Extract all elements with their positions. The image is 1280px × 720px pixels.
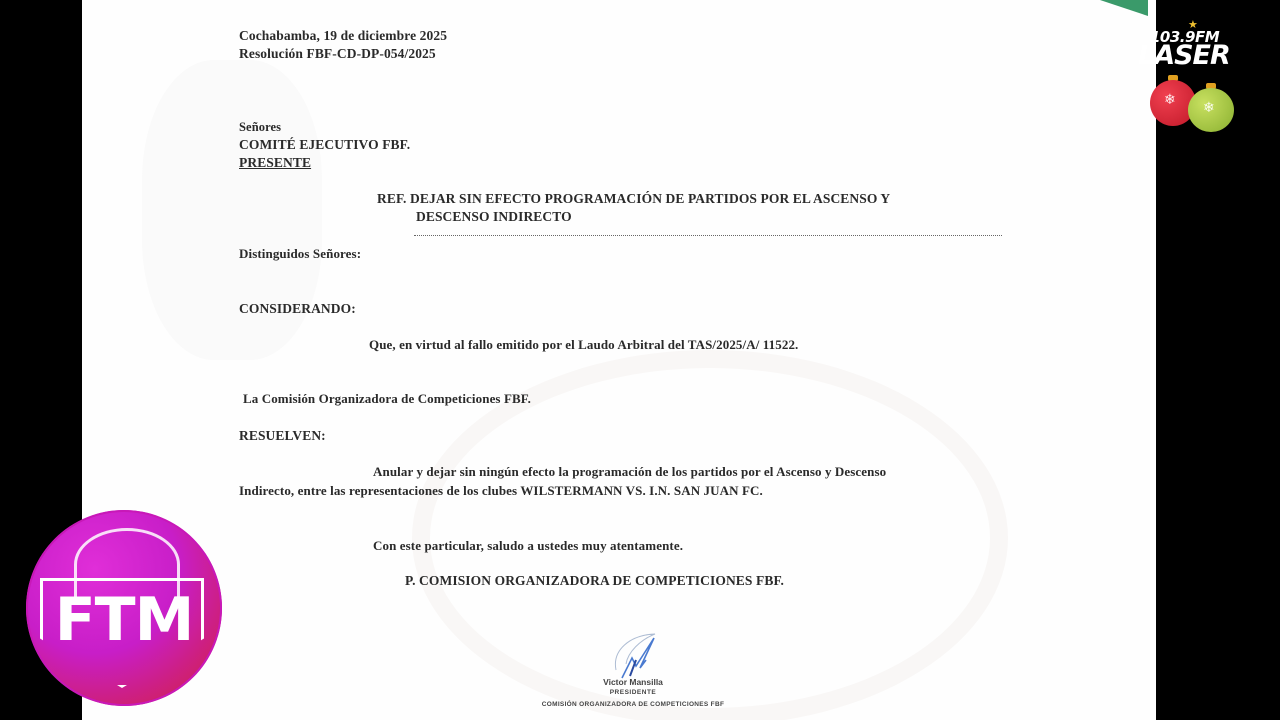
ftm-logo-text: FTM xyxy=(26,580,222,660)
radio-name: LASER xyxy=(1138,40,1230,71)
signer-name: Victor Mansilla xyxy=(598,677,668,687)
presente: PRESENTE xyxy=(239,154,311,172)
commission-line: La Comisión Organizadora de Competicione… xyxy=(243,390,531,408)
ftm-channel-logo: FTM xyxy=(26,510,222,706)
greeting: Distinguidos Señores: xyxy=(239,245,361,263)
reference-line-1: REF. DEJAR SIN EFECTO PROGRAMACIÓN DE PA… xyxy=(377,190,890,208)
snowflake-icon: ❄ xyxy=(1203,100,1215,117)
reference-line-2: DESCENSO INDIRECTO xyxy=(416,208,572,226)
considerando-heading: CONSIDERANDO: xyxy=(239,300,356,318)
signer-title: PRESIDENTE xyxy=(598,689,668,696)
signature-block: P. COMISION ORGANIZADORA DE COMPETICIONE… xyxy=(405,572,784,590)
signer-organization: COMISIÓN ORGANIZADORA DE COMPETICIONES F… xyxy=(522,701,744,708)
green-corner-decoration xyxy=(1100,0,1148,16)
resuelven-heading: RESUELVEN: xyxy=(239,427,326,445)
resolution-number: Resolución FBF-CD-DP-054/2025 xyxy=(239,45,436,63)
recipient: COMITÉ EJECUTIVO FBF. xyxy=(239,136,410,154)
reference-divider xyxy=(414,235,1002,236)
considerando-text: Que, en virtud al fallo emitido por el L… xyxy=(369,336,798,354)
resolution-line-1: Anular y dejar sin ningún efecto la prog… xyxy=(373,463,886,481)
salutation-line: Señores xyxy=(239,118,281,136)
resolution-line-2: Indirecto, entre las representaciones de… xyxy=(239,482,763,500)
closing: Con este particular, saludo a ustedes mu… xyxy=(373,537,683,555)
place-date: Cochabamba, 19 de diciembre 2025 xyxy=(239,27,447,45)
video-frame: Cochabamba, 19 de diciembre 2025 Resoluc… xyxy=(0,0,1280,720)
document-page: Cochabamba, 19 de diciembre 2025 Resoluc… xyxy=(82,0,1156,720)
snowflake-icon: ❄ xyxy=(1164,92,1176,109)
radio-station-logo: ★ 103.9FM LASER ❄ ❄ xyxy=(1136,18,1256,133)
